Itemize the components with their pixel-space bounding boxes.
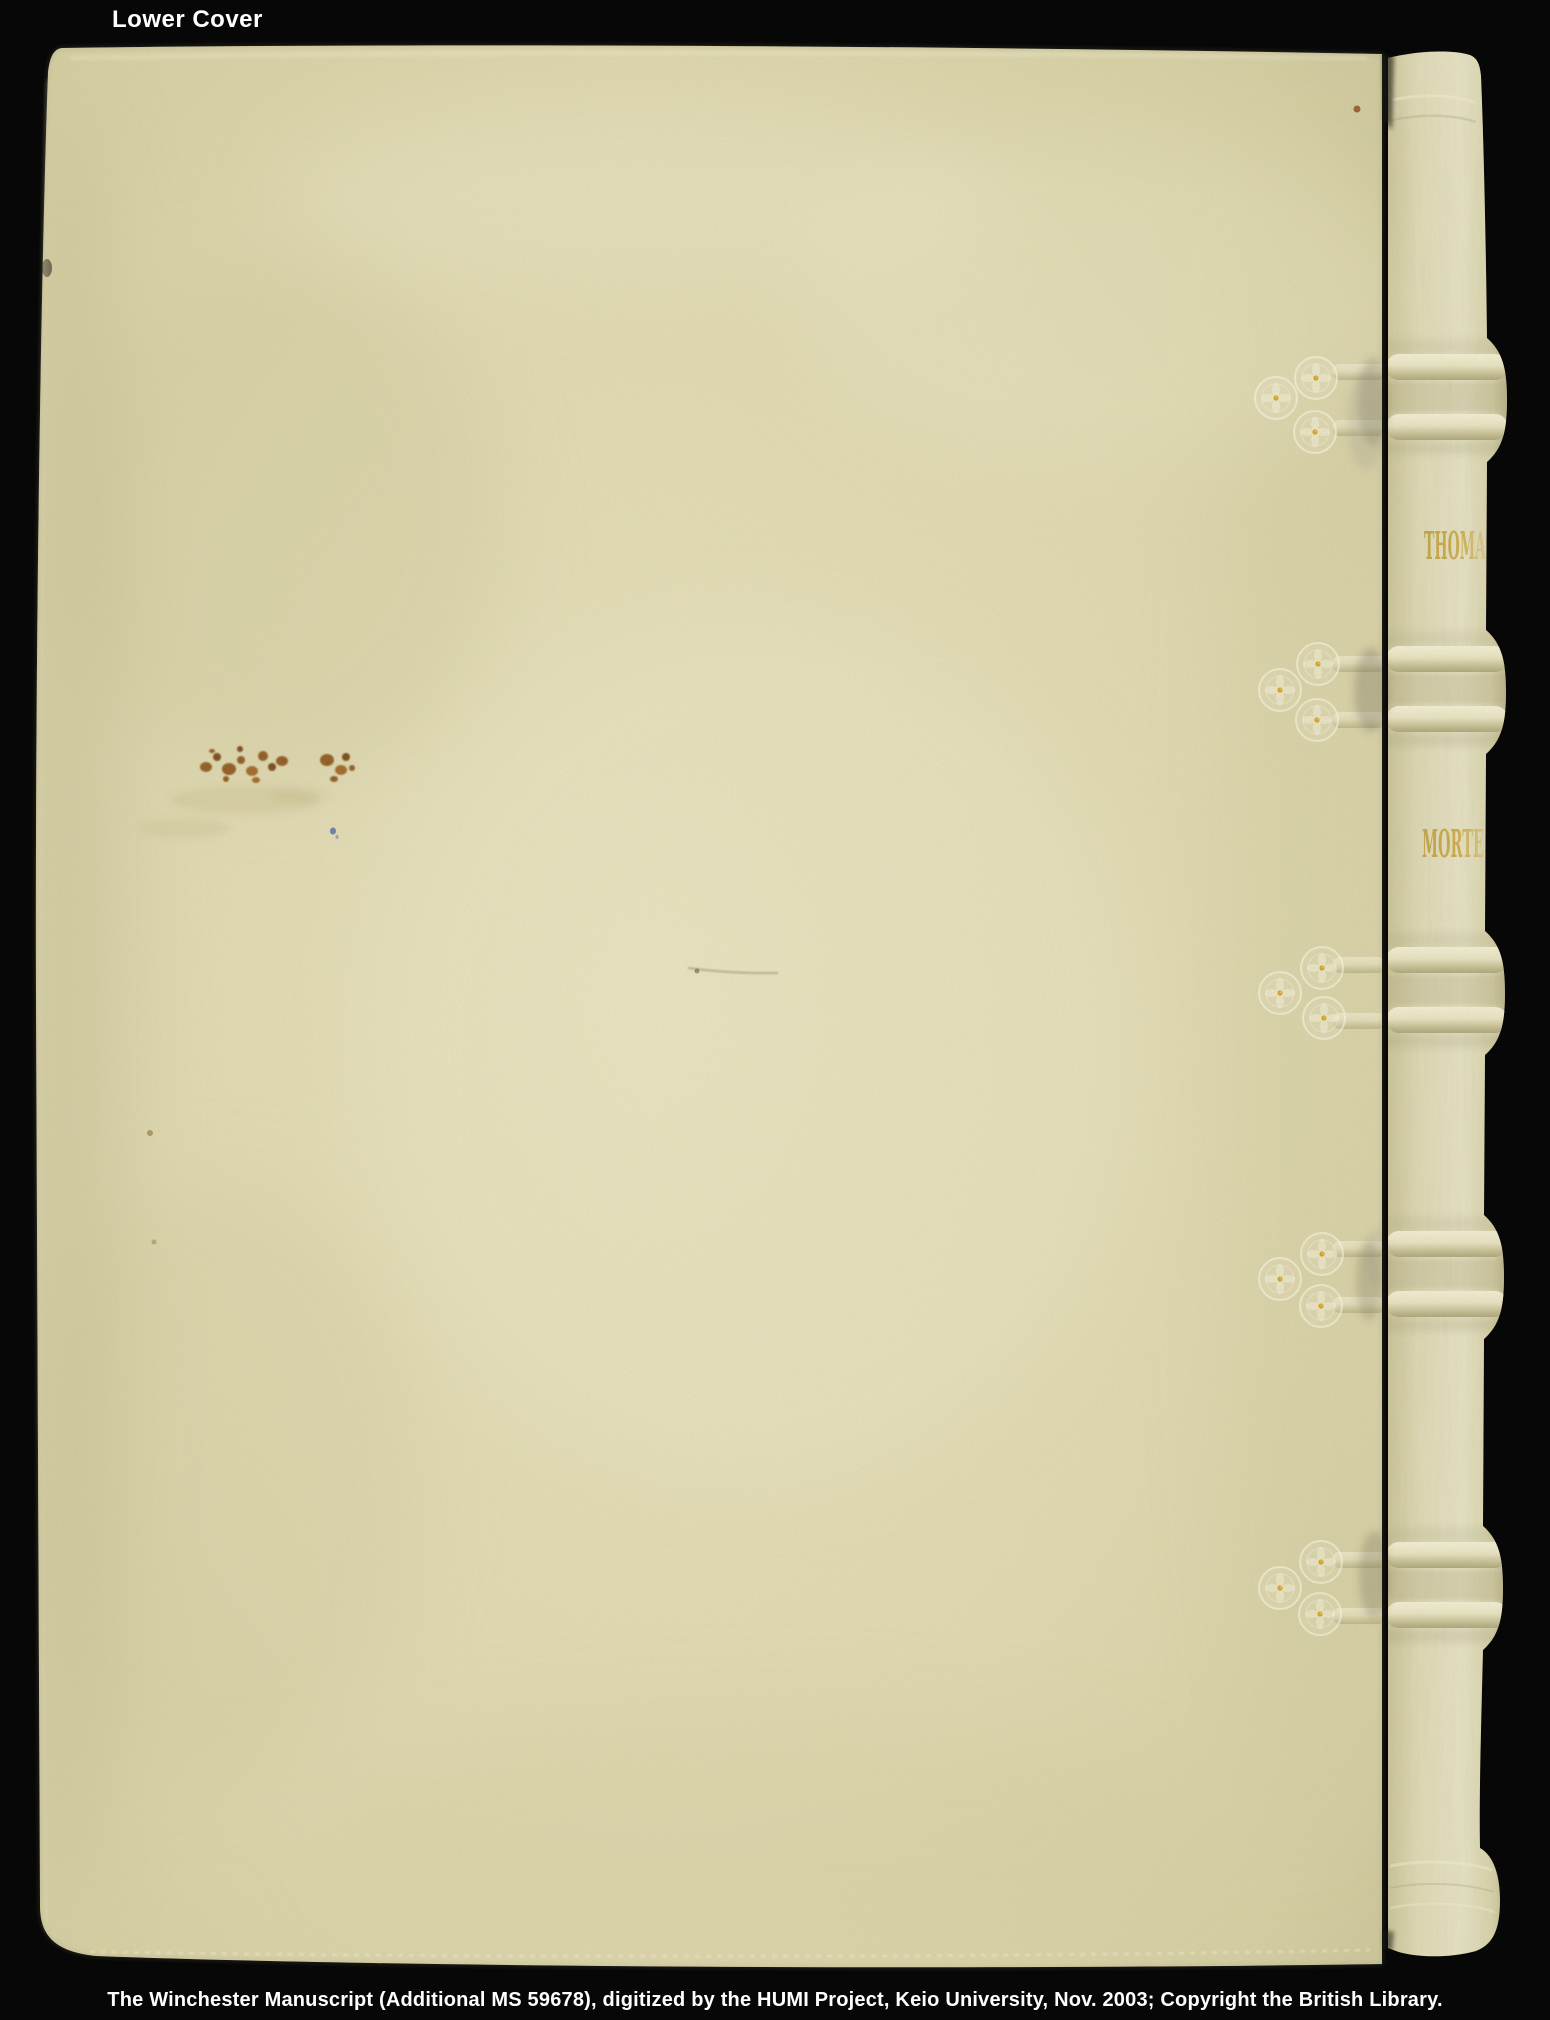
leather-grain — [30, 40, 1520, 1970]
caption: The Winchester Manuscript (Additional MS… — [0, 1989, 1550, 2012]
book-photo: THOMA MORTE — [0, 0, 1550, 2020]
